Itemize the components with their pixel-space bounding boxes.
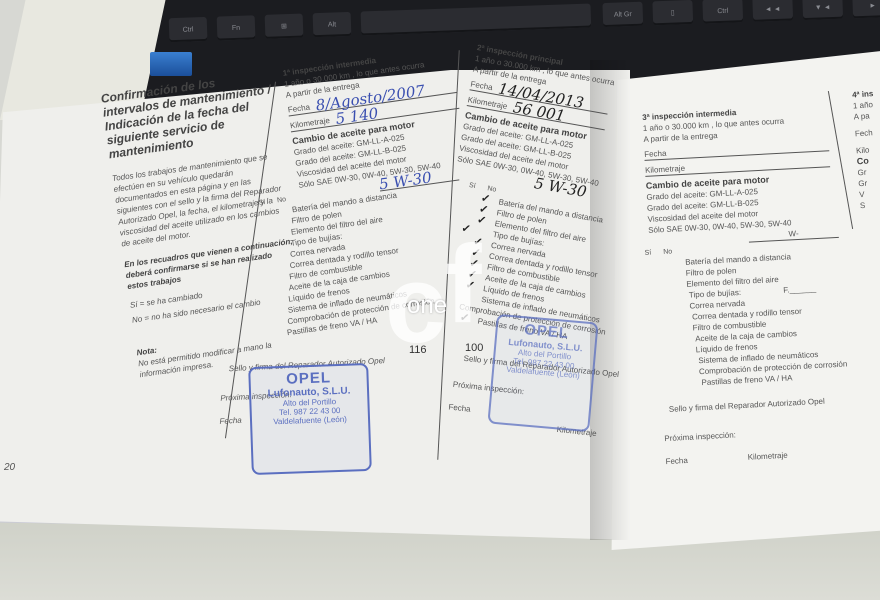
watermark-f: f: [445, 240, 482, 330]
photo-count-right: 100: [465, 342, 483, 354]
no-label: No: [276, 194, 286, 206]
photo-count-left: 116: [409, 344, 427, 356]
date-label: Fecha: [644, 148, 667, 160]
km-label: Kilometraje: [289, 115, 330, 131]
inspection-from: A pa: [853, 109, 880, 123]
watermark-one: one: [407, 292, 447, 320]
section-title: Confirmación de los intervalos de manten…: [100, 68, 278, 161]
dealer-stamp: OPEL Lufonauto, S.L.U. Alto del Portillo…: [248, 363, 372, 475]
seal-label: Sello y firma del Reparador Autorizado O…: [653, 393, 873, 415]
si-label: Sí: [258, 197, 266, 209]
date-label: Fech: [855, 126, 880, 140]
oil-line: S: [860, 197, 880, 211]
page-number: 20: [4, 462, 15, 473]
inspection-3: 3ª inspección intermedia 1 año o 30.000 …: [642, 102, 839, 248]
next-inspection-label: Próxima inspección:: [654, 422, 874, 444]
checklist-3: SíNo Batería del mando a distancia Filtr…: [644, 236, 875, 467]
inspection-2: 2ª inspección principal 1 año o 30.000 k…: [455, 42, 626, 201]
km-label: Kilometraje: [645, 163, 686, 176]
next-km-label: Kilometraje: [747, 450, 788, 463]
dealer-stamp: OPEL Lufonauto, S.L.U. Alto del Portillo…: [487, 314, 598, 432]
cf-one-watermark: c f one 116 100: [385, 240, 495, 360]
km-value: 5 140: [335, 108, 379, 125]
photo-scene: Ctrl Fn ⊞ Alt Alt Gr ▯ Ctrl ◄ ◄ ▼ ◄ ► Co…: [0, 0, 880, 600]
next-date-label: Fecha: [665, 455, 688, 467]
spark-plug-field[interactable]: F.: [783, 285, 790, 294]
no-label: No: [663, 246, 673, 257]
si-label: Sí: [644, 248, 651, 259]
